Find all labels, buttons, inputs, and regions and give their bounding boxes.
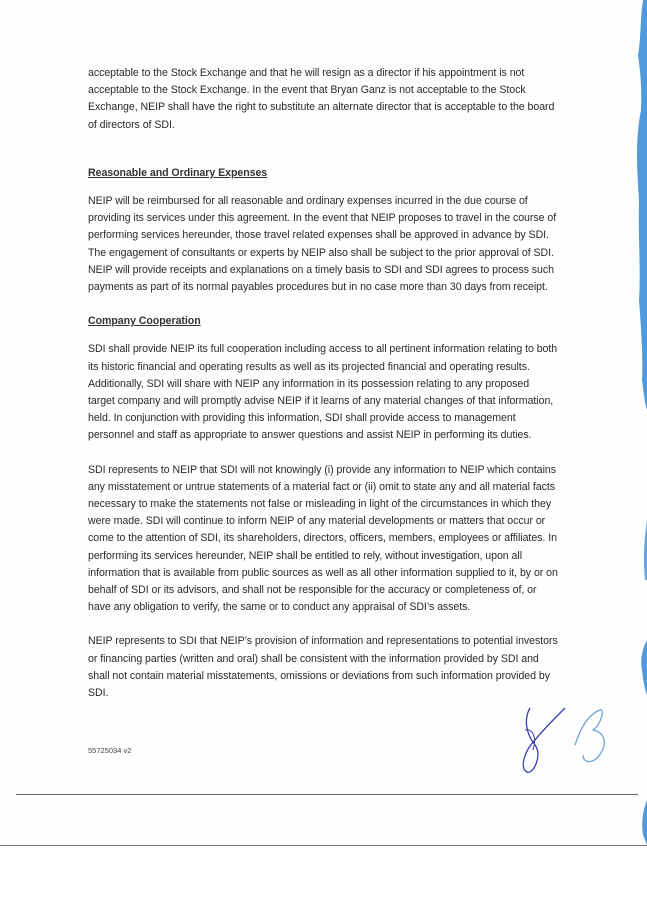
document-body: acceptable to the Stock Exchange and tha…	[88, 65, 558, 702]
document-id: 55725034 v2	[88, 746, 131, 755]
paragraph-expenses: NEIP will be reimbursed for all reasonab…	[88, 193, 558, 296]
paragraph-sdi-representations: SDI represents to NEIP that SDI will not…	[88, 462, 558, 617]
paragraph-neip-representations: NEIP represents to SDI that NEIP’s provi…	[88, 633, 558, 702]
document-page: acceptable to the Stock Exchange and tha…	[0, 0, 647, 845]
heading-company-cooperation: Company Cooperation	[88, 313, 558, 330]
page-edge-line	[0, 845, 647, 846]
scan-edge-marks	[629, 0, 647, 898]
paragraph-director-appointment: acceptable to the Stock Exchange and tha…	[88, 65, 558, 134]
signature-initials	[505, 700, 615, 780]
footer-divider	[16, 794, 638, 795]
heading-expenses: Reasonable and Ordinary Expenses	[88, 165, 558, 182]
paragraph-cooperation: SDI shall provide NEIP its full cooperat…	[88, 341, 558, 444]
